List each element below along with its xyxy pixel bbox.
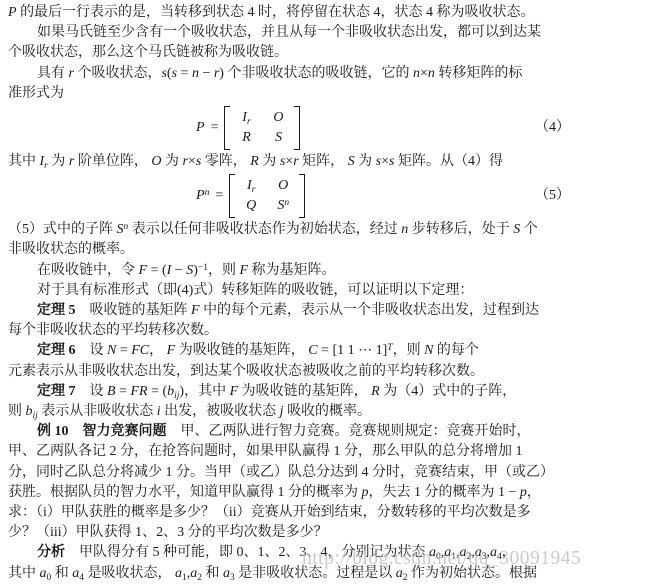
math-symbol: F <box>191 303 200 318</box>
text-run: 为 <box>48 154 69 169</box>
math-symbol: r <box>252 185 256 195</box>
text-line: 准形式为 <box>8 84 648 104</box>
math-symbol: p <box>362 485 369 500</box>
text-run <box>69 424 83 439</box>
text-line: P 的最后一行表示的是，当转移到状态 4 时，将停留在状态 4，状态 4 称为吸… <box>8 3 648 23</box>
math-symbol: R <box>250 154 259 169</box>
text-line: 在吸收链中，令 F = (I − S)−1，则 F 称为基矩阵。 <box>8 261 648 281</box>
text-line: 具有 r 个吸收状态，s(s = n − r) 个非吸收状态的吸收链，它的 n×… <box>8 64 648 84</box>
text-run: 矩阵。从（4）得 <box>394 154 503 169</box>
math-symbol: n <box>284 198 289 208</box>
text-run: ， <box>527 485 541 500</box>
document-page: P 的最后一行表示的是，当转移到状态 4 时，将停留在状态 4，状态 4 称为吸… <box>0 0 654 584</box>
text-line: （5）式中的子阵 Sn 表示以任何非吸收状态作为初始状态，经过 n 步转移后，处… <box>8 220 648 240</box>
text-line: 求：（i）甲队获胜的概率是多少？（ii）竞赛从开始到结束，分数转移的平均次数是多 <box>8 503 648 523</box>
text-run: = <box>116 343 131 358</box>
text-run: 对于具有标准形式（即(4)式）转移矩阵的吸收链，可以证明以下定理： <box>37 283 473 298</box>
text-run: 个吸收状态， <box>74 66 162 81</box>
text-run: 零阵， <box>201 154 250 169</box>
matrix-cell: Sn <box>275 196 291 216</box>
text-run: 分，同时乙队总分将减少 1 分。当甲（或乙）队总分达到 4 分时，竞赛结束，甲（… <box>8 465 554 480</box>
text-run: 为 <box>355 154 376 169</box>
equation-lhs: P <box>196 118 205 138</box>
text-line: 定理 6 设 N = FC， F 为吸收链的基矩阵， C = [1 1 ⋯ 1]… <box>8 341 648 361</box>
math-symbol: n <box>428 66 435 81</box>
math-symbol: a <box>40 566 47 581</box>
math-symbol: O <box>273 110 283 125</box>
text-run: 准形式为 <box>8 86 64 101</box>
text-run: （5）式中的子阵 <box>8 222 117 237</box>
matrix-cell: Q <box>243 196 259 216</box>
text-line: 则 bij 表示从非吸收状态 i 出发，被吸收状态 j 吸收的概率。 <box>8 402 648 422</box>
matrix-cell: Ir <box>243 176 259 196</box>
text-run: 例 10 <box>37 424 69 439</box>
math-symbol: a <box>223 566 230 581</box>
text-run: 定理 5 <box>37 303 76 318</box>
text-run: = [1 1 ⋯ 1] <box>318 343 388 358</box>
equation-lhs: Pn <box>196 186 209 206</box>
text-run: 设 <box>76 384 108 399</box>
text-run: 其中 <box>8 154 40 169</box>
text-run: 为 <box>259 154 280 169</box>
text-run: −1 <box>198 263 208 273</box>
text-run: 称为基矩阵。 <box>248 263 336 278</box>
text-line: 个吸收状态，那么这个马氏链被称为吸收链。 <box>8 43 648 63</box>
math-symbol: O <box>278 178 288 193</box>
text-line: 获胜。根据队员的智力水平，知道甲队赢得 1 分的概率为 p，失去 1 分的概率为… <box>8 483 648 503</box>
text-run: 求：（i）甲队获胜的概率是多少？（ii）竞赛从开始到结束，分数转移的平均次数是多 <box>8 505 531 520</box>
text-run: = ( <box>147 263 167 278</box>
math-symbol: p <box>520 485 527 500</box>
text-run: × <box>285 154 293 169</box>
text-run: 阶单位阵， <box>74 154 151 169</box>
text-run: 个吸收状态，那么这个马氏链被称为吸收链。 <box>8 45 288 60</box>
text-run: )，其中 <box>179 384 229 399</box>
matrix-cell: Ir <box>238 108 254 128</box>
text-run: 吸收的概率。 <box>284 404 372 419</box>
math-symbol: S <box>275 130 282 145</box>
matrix-right-bracket <box>294 106 300 150</box>
matrix-cells: IrORS <box>230 106 294 150</box>
matrix-cell: O <box>270 108 286 128</box>
matrix-cell: S <box>270 128 286 148</box>
text-run: 步转移后，处于 <box>408 222 513 237</box>
math-symbol: a <box>175 566 182 581</box>
text-run: 其中 <box>8 566 40 581</box>
text-run: 甲、乙两队各记 2 分，在抢答问题时，如果甲队赢得 1 分，那么甲队的总分将增加… <box>8 444 523 459</box>
text-run: 和 <box>202 566 223 581</box>
equation-number: （5） <box>535 186 570 206</box>
text-line: 少？（iii）甲队获得 1、2、3 分的平均次数是多少？ <box>8 523 648 543</box>
math-symbol: N <box>107 343 116 358</box>
text-run: ) 个非吸收状态的吸收链，它的 <box>219 66 413 81</box>
text-run: × <box>188 154 196 169</box>
text-line: 定理 5 吸收链的基矩阵 F 中的每个元素，表示从一个非吸收状态出发，过程到达 <box>8 301 648 321</box>
watermark-text: http://blog.csdn.net/qq_30091945 <box>302 548 581 570</box>
matrix: IrORS <box>224 106 300 150</box>
text-line: 元素表示从非吸收状态出发，到达某个吸收状态被吸收之前的平均转移次数。 <box>8 362 648 382</box>
text-run: 表示以任何非吸收状态作为初始状态，经过 <box>128 222 401 237</box>
matrix: IrOQSn <box>229 174 305 218</box>
text-run: 在吸收链中，令 <box>37 263 139 278</box>
math-symbol: R <box>242 130 251 145</box>
text-run: 少？（iii）甲队获得 1、2、3 分的平均次数是多少？ <box>8 525 328 540</box>
text-run: 的最后一行表示的是，当转移到状态 4 时，将停留在状态 4，状态 4 称为吸收状… <box>17 5 535 20</box>
text-run: = <box>177 66 192 81</box>
math-symbol: C <box>308 343 317 358</box>
text-run: 定理 7 <box>37 384 76 399</box>
math-symbol: r <box>247 117 251 127</box>
text-line: 分，同时乙队总分将减少 1 分。当甲（或乙）队总分达到 4 分时，竞赛结束，甲（… <box>8 463 648 483</box>
text-run: 转移矩阵的标 <box>435 66 523 81</box>
text-run: 智力竞赛问题 <box>83 424 167 439</box>
text-run: 为吸收链的基矩阵， <box>175 343 308 358</box>
text-run: 个 <box>520 222 538 237</box>
text-line: 对于具有标准形式（即(4)式）转移矩阵的吸收链，可以证明以下定理： <box>8 281 648 301</box>
text-line: 其中 Ir 为 r 阶单位阵， O 为 r×s 零阵， R 为 s×r 矩阵， … <box>8 152 648 172</box>
math-symbol: F <box>167 343 176 358</box>
text-run: − <box>171 263 186 278</box>
text-run: = ( <box>148 384 168 399</box>
text-run: 是吸收状态， <box>84 566 175 581</box>
text-run: 出发，被吸收状态 <box>161 404 280 419</box>
document-body: P 的最后一行表示的是，当转移到状态 4 时，将停留在状态 4，状态 4 称为吸… <box>0 0 654 584</box>
math-symbol: S <box>117 222 124 237</box>
text-run: − <box>199 66 214 81</box>
text-run: ，则 <box>393 343 425 358</box>
math-symbol: Q <box>246 198 256 213</box>
text-run: 分析 <box>37 545 65 560</box>
text-run: 中的每个元素，表示从一个非吸收状态出发，过程到达 <box>200 303 540 318</box>
math-symbol: F <box>239 263 248 278</box>
math-symbol: O <box>151 154 161 169</box>
text-run: ， <box>149 343 167 358</box>
math-symbol: R <box>371 384 380 399</box>
matrix-cells: IrOQSn <box>235 174 299 218</box>
math-symbol: P <box>196 188 205 203</box>
text-line: 每个非吸收状态的平均转移次数。 <box>8 321 648 341</box>
math-symbol: F <box>139 263 148 278</box>
math-symbol: b <box>26 404 33 419</box>
math-symbol: S <box>348 154 355 169</box>
text-line: 如果马氏链至少含有一个吸收状态，并且从每一个非吸收状态出发，都可以到达某 <box>8 23 648 43</box>
text-run: 甲、乙两队进行智力竞赛。竞赛规则规定：竞赛开始时， <box>167 424 531 439</box>
text-line: 例 10 智力竞赛问题 甲、乙两队进行智力竞赛。竞赛规则规定：竞赛开始时， <box>8 422 648 442</box>
equation-line: P=IrORS（4） <box>8 104 648 152</box>
matrix-cell: O <box>275 176 291 196</box>
text-run: 则 <box>8 404 26 419</box>
math-symbol: FC <box>131 343 149 358</box>
math-symbol: P <box>8 5 17 20</box>
text-line: 非吸收状态的概率。 <box>8 240 648 260</box>
text-run: 如果马氏链至少含有一个吸收状态，并且从每一个非吸收状态出发，都可以到达某 <box>37 25 541 40</box>
matrix-right-bracket <box>299 174 305 218</box>
text-run: 为（4）式中的子阵， <box>380 384 517 399</box>
text-run: 和 <box>51 566 72 581</box>
matrix-cell: R <box>238 128 254 148</box>
text-run: 每个非吸收状态的平均转移次数。 <box>8 323 218 338</box>
equation-line: Pn=IrOQSn（5） <box>8 172 648 220</box>
math-symbol: B <box>107 384 116 399</box>
text-line: 定理 7 设 B = FR = (bij)，其中 F 为吸收链的基矩阵， R 为… <box>8 382 648 402</box>
text-run: 元素表示从非吸收状态出发，到达某个吸收状态被吸收之前的平均转移次数。 <box>8 364 484 379</box>
text-line: 甲、乙两队各记 2 分，在抢答问题时，如果甲队赢得 1 分，那么甲队的总分将增加… <box>8 442 648 462</box>
text-run: 矩阵， <box>299 154 348 169</box>
text-run: × <box>381 154 389 169</box>
text-run: 的每个 <box>433 343 479 358</box>
text-run: 定理 6 <box>37 343 76 358</box>
math-symbol: FR <box>130 384 147 399</box>
text-run: 具有 <box>37 66 69 81</box>
text-run: ，则 <box>208 263 240 278</box>
math-symbol: n <box>192 66 199 81</box>
text-run: 为吸收链的基矩阵， <box>238 384 371 399</box>
math-symbol: P <box>196 120 205 135</box>
text-run: ，失去 1 分的概率为 1 − <box>369 485 520 500</box>
math-symbol: n <box>205 188 210 198</box>
text-run: 非吸收状态的概率。 <box>8 242 134 257</box>
text-run: = <box>116 384 131 399</box>
text-run: 设 <box>76 343 108 358</box>
equation-number: （4） <box>535 118 570 138</box>
text-run: 为 <box>161 154 182 169</box>
text-run: 表示从非吸收状态 <box>38 404 157 419</box>
text-run: 吸收链的基矩阵 <box>76 303 192 318</box>
math-symbol: n <box>413 66 420 81</box>
math-symbol: F <box>230 384 239 399</box>
equals-sign: = <box>215 186 223 206</box>
text-run: × <box>420 66 428 81</box>
text-run: 获胜。根据队员的智力水平，知道甲队赢得 1 分的概率为 <box>8 485 362 500</box>
equals-sign: = <box>211 118 219 138</box>
